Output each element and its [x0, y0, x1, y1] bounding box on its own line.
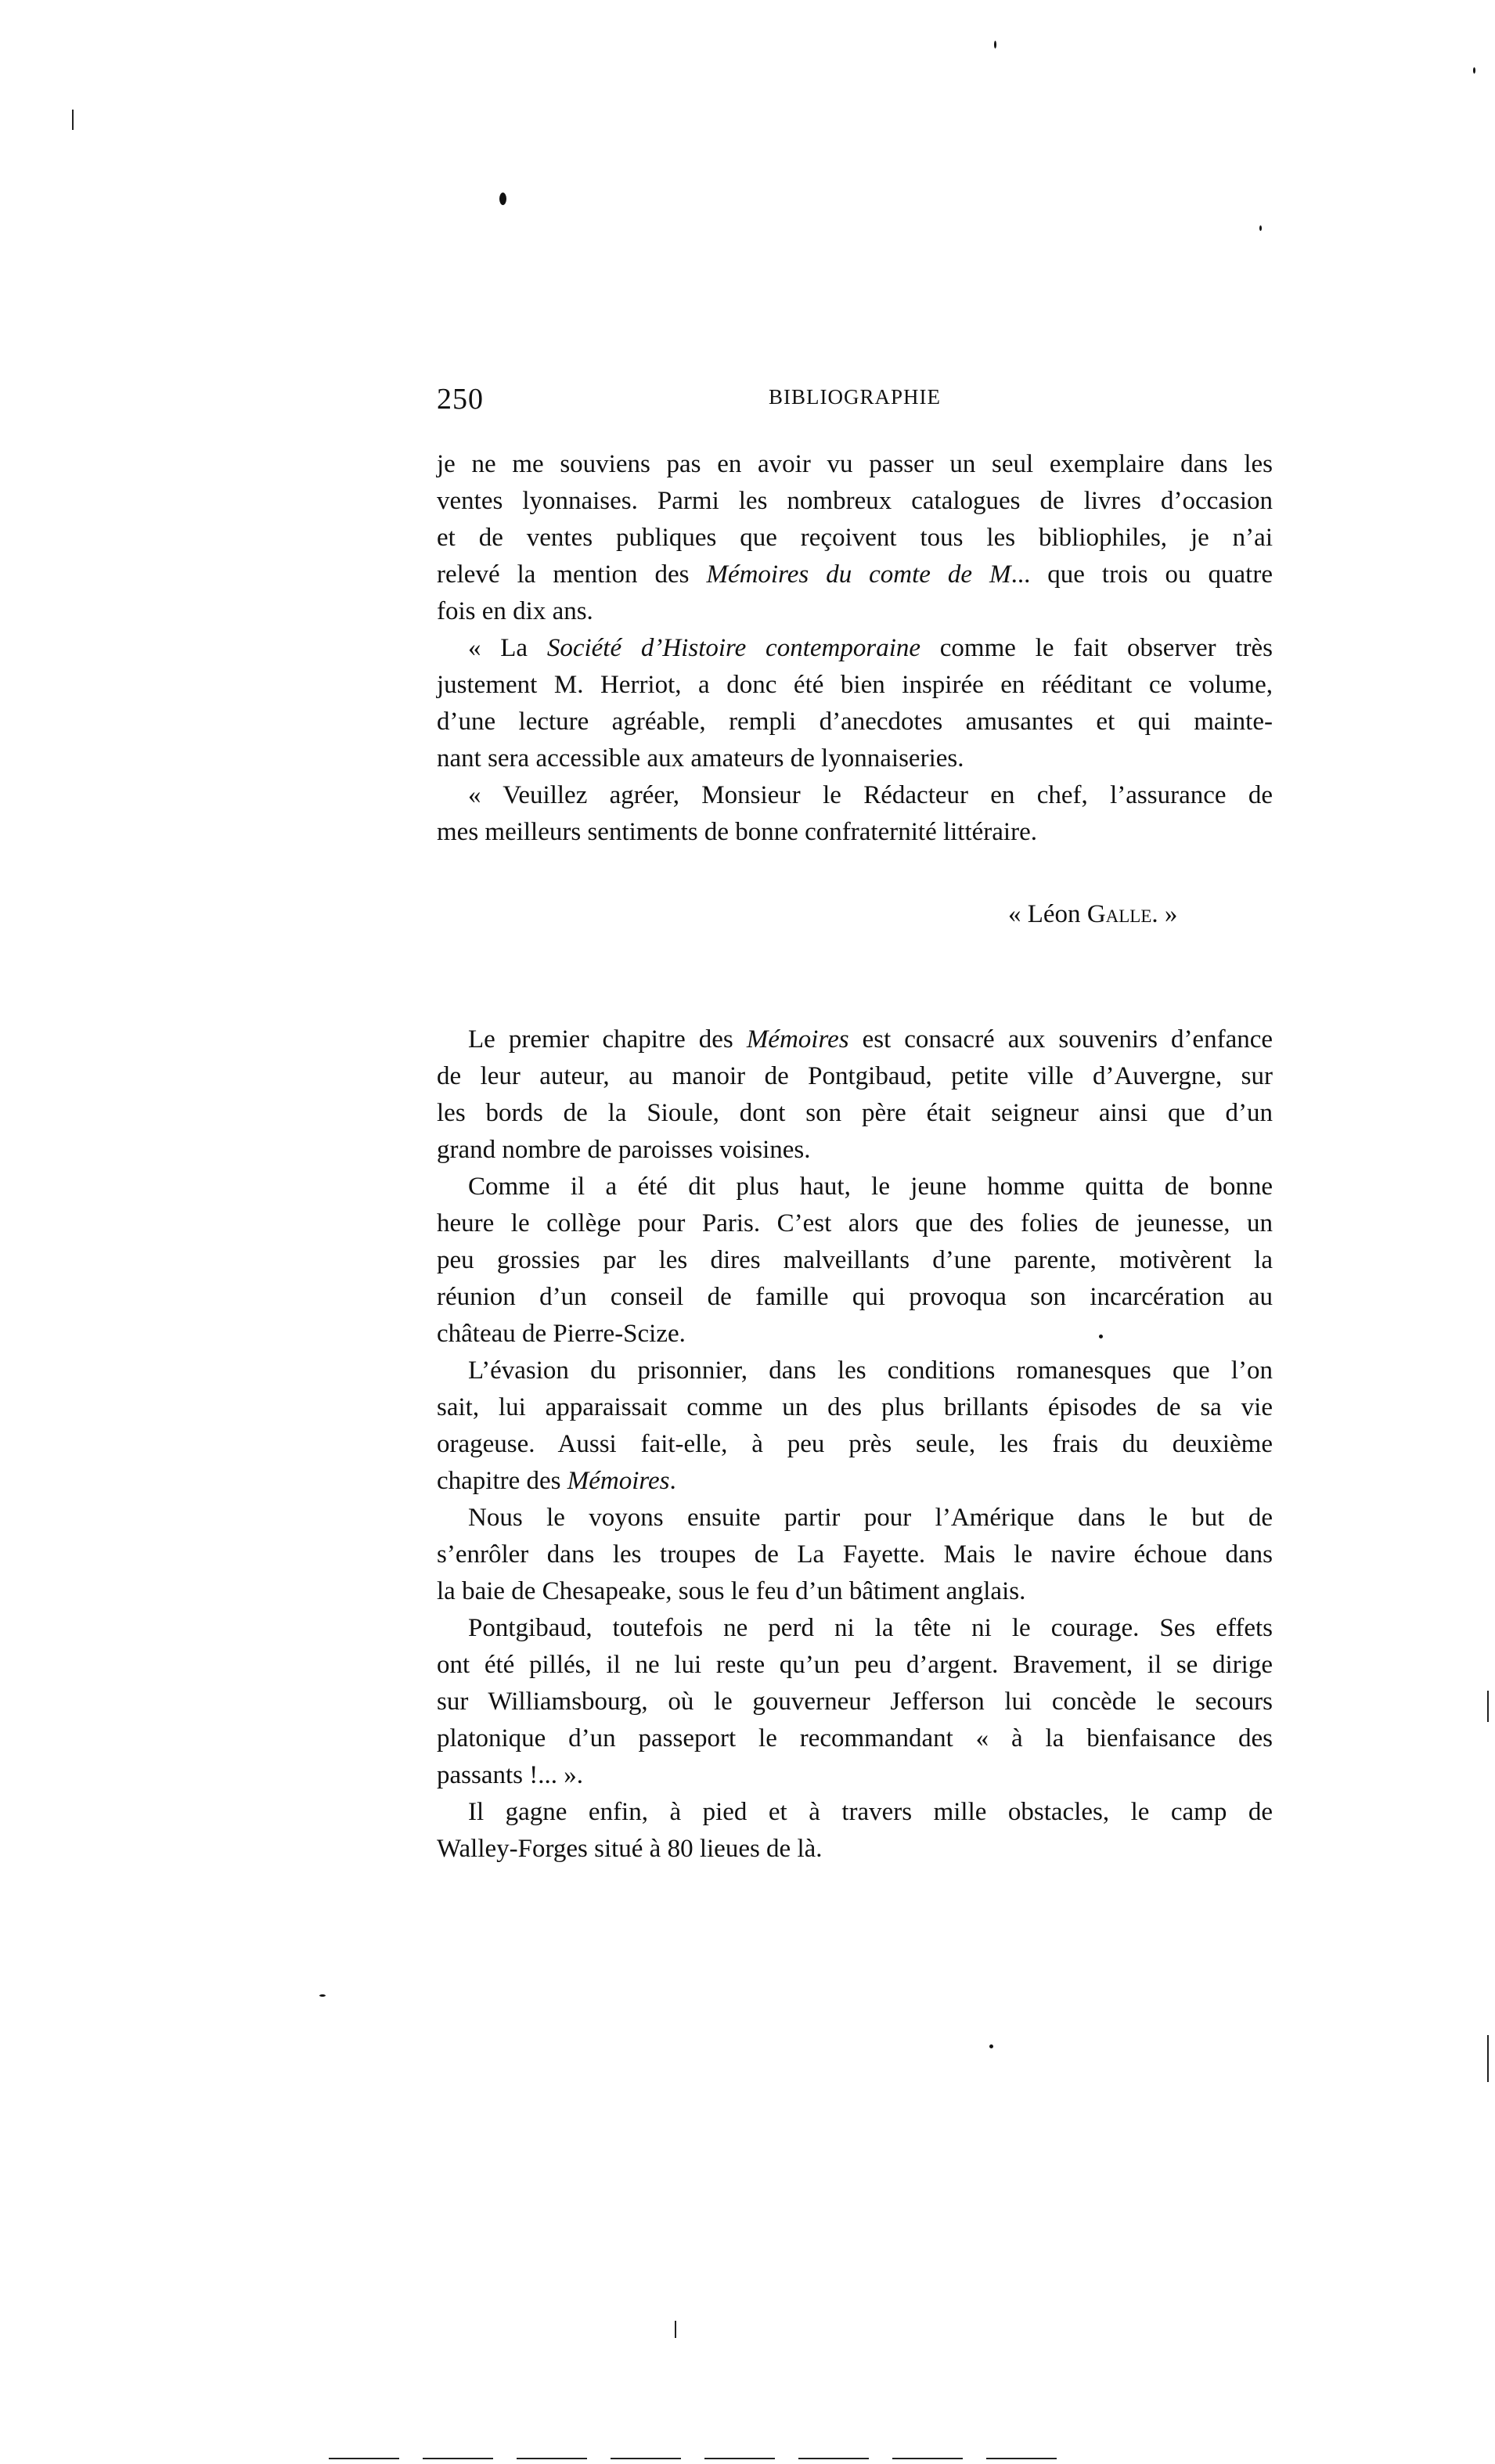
- scan-edge-mark: [1487, 1691, 1489, 1722]
- text-line: heure le collège pour Paris. C’est alors…: [437, 1205, 1273, 1242]
- page-header: 250 BIBLIOGRAPHIE: [437, 382, 1273, 421]
- text-line: chapitre des Mémoires.: [437, 1463, 1273, 1500]
- paragraph: Pontgibaud, toutefois ne perd ni la tête…: [437, 1610, 1273, 1794]
- text-line: passants !... ».: [437, 1757, 1273, 1794]
- text-line: platonique d’un passeport le recommandan…: [437, 1720, 1273, 1757]
- text-line: mes meilleurs sentiments de bonne confra…: [437, 814, 1273, 851]
- scan-edge-mark: [1487, 2035, 1489, 2082]
- paragraph: Le premier chapitre des Mémoires est con…: [437, 1021, 1273, 1169]
- text-line: les bords de la Sioule, dont son père ét…: [437, 1095, 1273, 1132]
- signature-close: . »: [1151, 900, 1177, 928]
- ink-speck: [994, 41, 996, 49]
- body-text: Le premier chapitre des Mémoires est con…: [437, 1021, 1273, 1868]
- signature-open: « Léon: [1008, 900, 1087, 928]
- paragraph: je ne me souviens pas en avoir vu passer…: [437, 446, 1273, 630]
- text-line: Il gagne enfin, à pied et à travers mill…: [437, 1794, 1273, 1831]
- text-line: nant sera accessible aux amateurs de lyo…: [437, 740, 1273, 777]
- signature-name: Galle: [1087, 900, 1152, 928]
- text-line: Nous le voyons ensuite partir pour l’Amé…: [437, 1500, 1273, 1536]
- text-line: château de Pierre-Scize.: [437, 1316, 1273, 1353]
- text-line: Pontgibaud, toutefois ne perd ni la tête…: [437, 1610, 1273, 1647]
- text-line: « Veuillez agréer, Monsieur le Rédacteur…: [437, 777, 1273, 814]
- text-line: sait, lui apparaissait comme un des plus…: [437, 1389, 1273, 1426]
- text-line: grand nombre de paroisses voisines.: [437, 1132, 1273, 1169]
- running-head: BIBLIOGRAPHIE: [437, 385, 1273, 409]
- text-line: Walley-Forges situé à 80 lieues de là.: [437, 1831, 1273, 1868]
- text-line: s’enrôler dans les troupes de La Fayette…: [437, 1536, 1273, 1573]
- paragraph: « Veuillez agréer, Monsieur le Rédacteur…: [437, 777, 1273, 851]
- text-line: peu grossies par les dires malveillants …: [437, 1242, 1273, 1279]
- text-line: ont été pillés, il ne lui reste qu’un pe…: [437, 1647, 1273, 1684]
- text-line: orageuse. Aussi fait-elle, à peu près se…: [437, 1426, 1273, 1463]
- text-line: sur Williamsbourg, où le gouverneur Jeff…: [437, 1684, 1273, 1720]
- paragraph: Comme il a été dit plus haut, le jeune h…: [437, 1169, 1273, 1353]
- text-line: ventes lyonnaises. Parmi les nombreux ca…: [437, 483, 1273, 520]
- ink-speck: [1473, 67, 1475, 74]
- text-line: la baie de Chesapeake, sous le feu d’un …: [437, 1573, 1273, 1610]
- text-line: fois en dix ans.: [437, 593, 1273, 630]
- scan-edge-mark: [72, 110, 74, 130]
- text-line: de leur auteur, au manoir de Pontgibaud,…: [437, 1058, 1273, 1095]
- ink-speck: [319, 1994, 326, 1997]
- ink-speck: [499, 193, 506, 205]
- text-line: Le premier chapitre des Mémoires est con…: [437, 1021, 1273, 1058]
- scan-edge-mark: [329, 2458, 1072, 2459]
- scan-edge-mark: [675, 2321, 676, 2338]
- scanned-book-page: 250 BIBLIOGRAPHIE je ne me souviens pas …: [0, 0, 1495, 2464]
- paragraph: L’évasion du prisonnier, dans les condit…: [437, 1353, 1273, 1500]
- paragraph: Il gagne enfin, à pied et à travers mill…: [437, 1794, 1273, 1868]
- text-line: d’une lecture agréable, rempli d’anecdot…: [437, 704, 1273, 740]
- paragraph: « La Société d’Histoire contemporaine co…: [437, 630, 1273, 777]
- text-line: réunion d’un conseil de famille qui prov…: [437, 1279, 1273, 1316]
- text-line: justement M. Herriot, a donc été bien in…: [437, 667, 1273, 704]
- text-line: L’évasion du prisonnier, dans les condit…: [437, 1353, 1273, 1389]
- text-line: Comme il a été dit plus haut, le jeune h…: [437, 1169, 1273, 1205]
- text-line: « La Société d’Histoire contemporaine co…: [437, 630, 1273, 667]
- text-line: je ne me souviens pas en avoir vu passer…: [437, 446, 1273, 483]
- ink-speck: [989, 2044, 993, 2048]
- text-line: relevé la mention des Mémoires du comte …: [437, 557, 1273, 593]
- signature: « Léon Galle. »: [1008, 900, 1177, 929]
- letter-excerpt: je ne me souviens pas en avoir vu passer…: [437, 446, 1273, 851]
- paragraph: Nous le voyons ensuite partir pour l’Amé…: [437, 1500, 1273, 1610]
- text-line: et de ventes publiques que reçoivent tou…: [437, 520, 1273, 557]
- ink-speck: [1259, 225, 1262, 231]
